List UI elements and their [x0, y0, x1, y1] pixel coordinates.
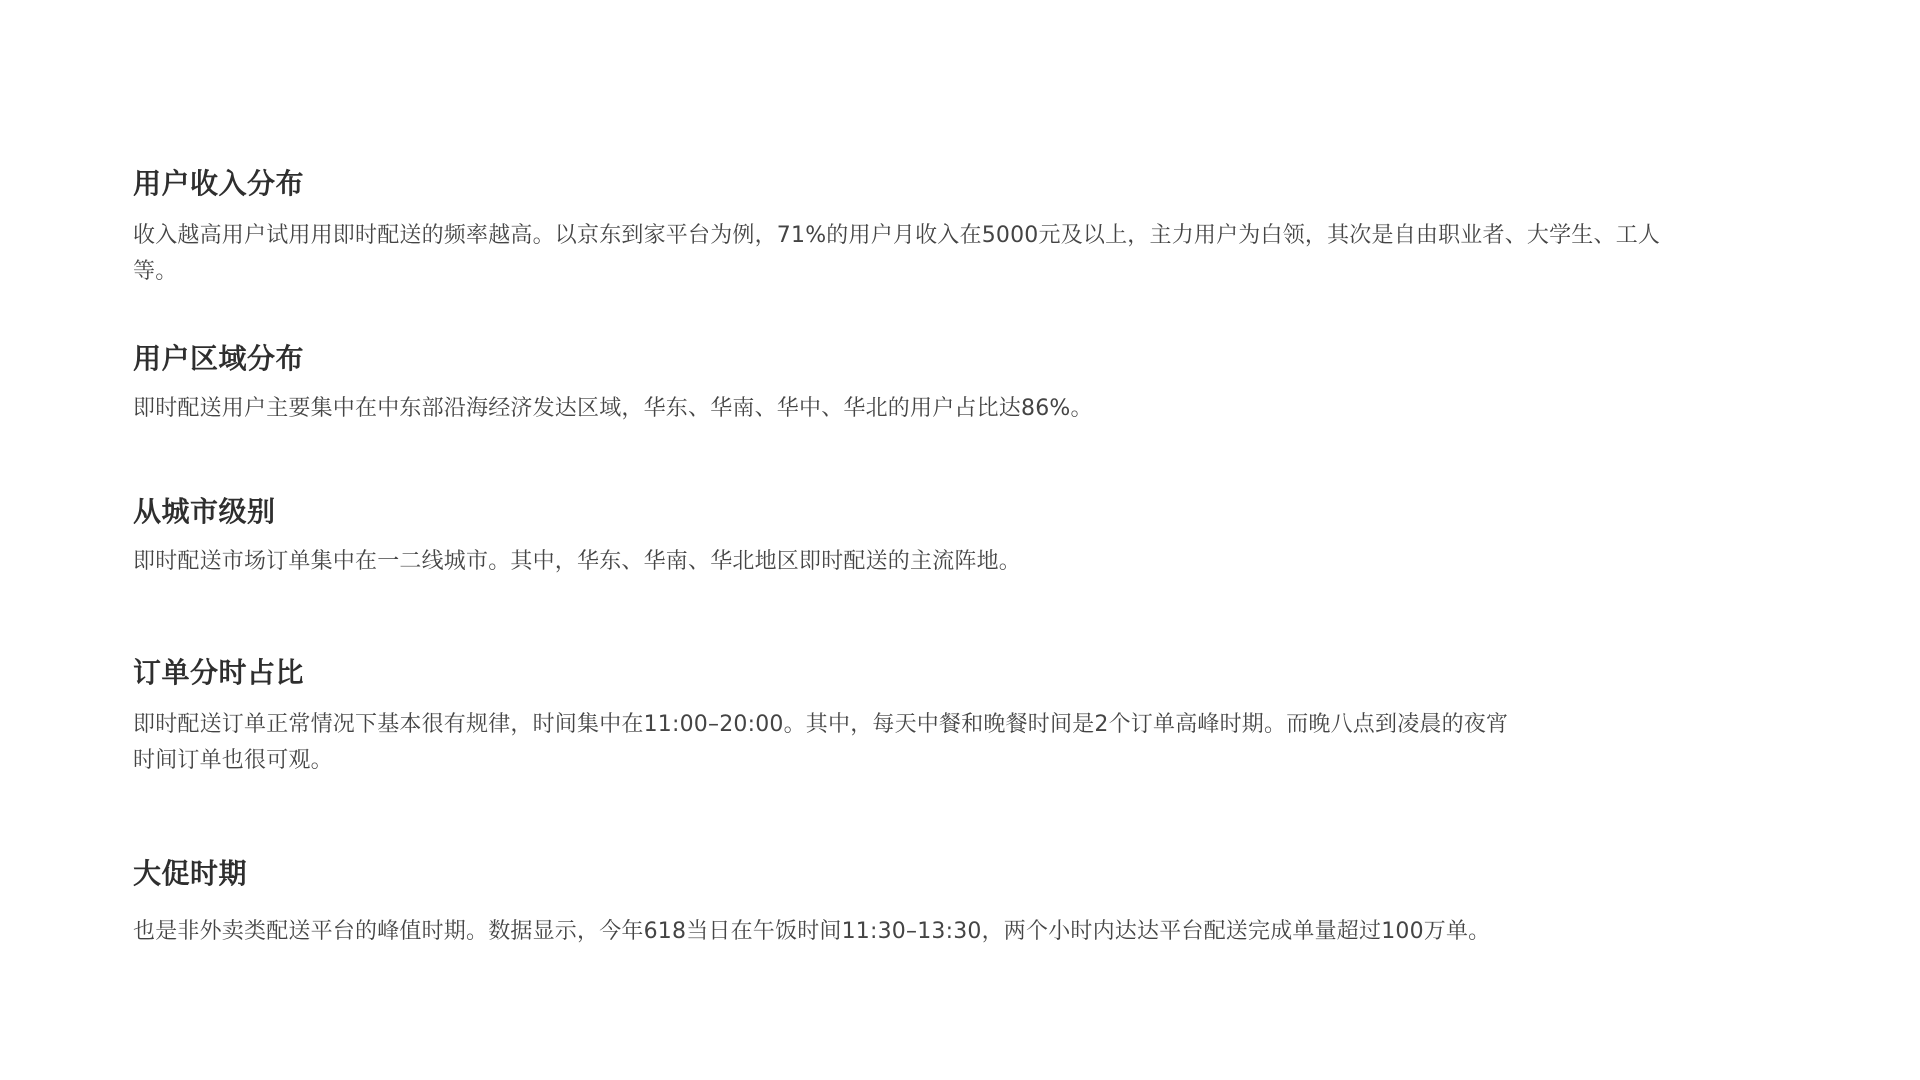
section-order-time-share: 订单分时占比 即时配送订单正常情况下基本很有规律，时间集中在11:00–20:0… — [133, 655, 1673, 779]
section-text: 即时配送用户主要集中在中东部沿海经济发达区域，华东、华南、华中、华北的用户占比达… — [133, 391, 1673, 427]
section-title: 订单分时占比 — [133, 655, 1673, 691]
section-text: 收入越高用户试用用即时配送的频率越高。以京东到家平台为例，71%的用户月收入在5… — [133, 218, 1673, 290]
section-user-income: 用户收入分布 收入越高用户试用用即时配送的频率越高。以京东到家平台为例，71%的… — [133, 166, 1673, 290]
section-promotion-period: 大促时期 也是非外卖类配送平台的峰值时期。数据显示，今年618当日在午饭时间11… — [133, 856, 1673, 950]
section-title: 从城市级别 — [133, 494, 1673, 530]
section-title: 用户区域分布 — [133, 341, 1673, 377]
section-text: 即时配送订单正常情况下基本很有规律，时间集中在11:00–20:00。其中，每天… — [133, 707, 1523, 779]
section-title: 用户收入分布 — [133, 166, 1673, 202]
section-user-region: 用户区域分布 即时配送用户主要集中在中东部沿海经济发达区域，华东、华南、华中、华… — [133, 341, 1673, 427]
section-title: 大促时期 — [133, 856, 1673, 892]
section-city-level: 从城市级别 即时配送市场订单集中在一二线城市。其中，华东、华南、华北地区即时配送… — [133, 494, 1673, 580]
section-text: 也是非外卖类配送平台的峰值时期。数据显示，今年618当日在午饭时间11:30–1… — [133, 914, 1673, 950]
section-text: 即时配送市场订单集中在一二线城市。其中，华东、华南、华北地区即时配送的主流阵地。 — [133, 544, 1673, 580]
